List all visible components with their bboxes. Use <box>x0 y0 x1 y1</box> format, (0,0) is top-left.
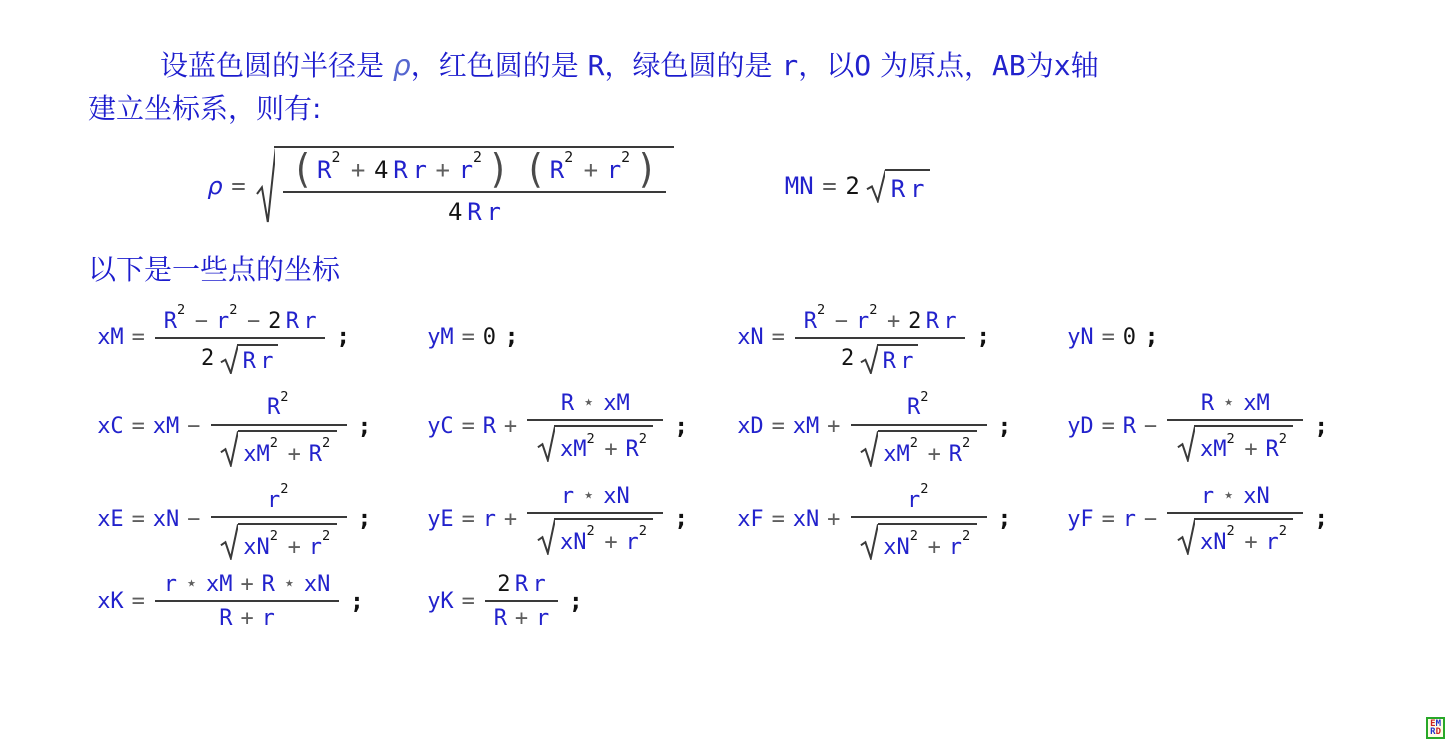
math-operator: + <box>827 507 840 532</box>
xE-equation: xE=xN−r2xN2+r2; <box>95 479 425 560</box>
fraction-bar <box>795 337 966 339</box>
math-operator: ⋆ <box>582 391 595 416</box>
math-sqrt: xN2+r2 <box>537 518 653 555</box>
fraction-bar <box>1167 419 1303 421</box>
math-semicolon: ; <box>357 506 371 532</box>
yN-equation: yN=0; <box>1065 324 1451 350</box>
math-superscript-group: r2 <box>907 488 920 513</box>
fraction-numerator: R2 <box>258 386 299 420</box>
math-operator: + <box>928 535 941 560</box>
fraction-denominator: xN2+r2 <box>1167 518 1303 555</box>
fraction-denominator: xM2+R2 <box>527 425 663 462</box>
math-variable: R <box>243 349 256 374</box>
math-superscript-group: xN2 <box>883 535 910 560</box>
math-variable: R <box>267 395 280 420</box>
math-variable: yC <box>427 414 454 439</box>
text-run: 为 <box>1026 49 1054 82</box>
math-variable: R <box>1201 391 1214 416</box>
sqrt-radicand: (R2+4Rr+r2)(R2+r2)4Rr <box>274 146 674 226</box>
xK-equation: xK=r⋆xM+R⋆xNR+r; <box>95 572 425 631</box>
math-operator: − <box>187 507 200 532</box>
math-variable: yF <box>1067 507 1094 532</box>
math-variable: xM <box>1200 437 1227 462</box>
coordinates-subtitle: 以下是一些点的坐标 <box>88 248 1451 288</box>
fraction-numerator: R2−r2−2Rr <box>155 300 326 334</box>
fraction-bar <box>211 424 347 426</box>
math-superscript-group: R2 <box>1265 437 1278 462</box>
text-run: O <box>854 49 871 82</box>
math-exponent: 2 <box>962 435 970 451</box>
math-operator: = <box>231 172 245 200</box>
row-points-cd: xC=xM−R2xM2+R2; yC=R+R⋆xMxM2+R2; xD=xM+R… <box>95 386 1451 467</box>
math-exponent: 2 <box>322 435 330 451</box>
math-superscript-group: R2 <box>550 156 564 184</box>
math-superscript-group: xN2 <box>1200 530 1227 555</box>
math-operator: + <box>827 414 840 439</box>
math-variable: xN <box>560 530 587 555</box>
math-operator: ⋆ <box>283 572 296 597</box>
fraction-denominator: xN2+r2 <box>211 523 347 560</box>
radical-icon <box>220 523 238 560</box>
math-superscript-group: R2 <box>267 395 280 420</box>
fraction-denominator: xM2+R2 <box>851 430 987 467</box>
math-variable: xC <box>97 414 124 439</box>
math-exponent: 2 <box>587 431 595 447</box>
math-number: 2 <box>841 346 854 371</box>
math-exponent: 2 <box>473 148 482 166</box>
math-variable: R <box>262 572 275 597</box>
math-variable: xN <box>737 325 764 350</box>
fraction-denominator: 2Rr <box>832 344 928 375</box>
math-fraction: r⋆xM+R⋆xNR+r <box>155 572 339 631</box>
math-variable: r <box>262 606 275 631</box>
fraction-bar <box>211 516 347 518</box>
math-exponent: 2 <box>270 435 278 451</box>
math-semicolon: ; <box>976 324 990 350</box>
fraction-denominator: 4Rr <box>438 198 510 226</box>
math-semicolon: ; <box>997 414 1011 440</box>
sqrt-radicand: Rr <box>877 344 918 375</box>
math-superscript-group: r2 <box>625 530 638 555</box>
xC-equation: xC=xM−R2xM2+R2; <box>95 386 425 467</box>
math-operator: = <box>132 414 145 439</box>
math-variable: R <box>907 395 920 420</box>
fraction-denominator: R+r <box>211 606 284 631</box>
math-operator: + <box>288 535 301 560</box>
math-variable: xN <box>1243 484 1270 509</box>
fraction-numerator: R⋆xM <box>552 391 638 416</box>
math-variable: r <box>459 156 473 184</box>
math-variable: xN <box>243 535 270 560</box>
math-superscript-group: r2 <box>607 156 621 184</box>
math-variable: r <box>216 309 229 334</box>
math-variable: yD <box>1067 414 1094 439</box>
math-number: 0 <box>483 325 496 350</box>
math-operator: = <box>1102 414 1115 439</box>
math-variable: xM <box>793 414 820 439</box>
math-number: 4 <box>448 198 462 226</box>
intro-paragraph: 设蓝色圆的半径是 ρ，红色圆的是 R，绿色圆的是 r，以O 为原点，AB为x轴 … <box>88 44 1451 130</box>
math-variable: r <box>1201 484 1214 509</box>
fraction-bar <box>527 512 663 514</box>
math-fraction: r2xN2+r2 <box>211 479 347 560</box>
math-operator: + <box>504 507 517 532</box>
radical-icon <box>1177 425 1195 462</box>
math-variable: ρ <box>207 172 222 200</box>
math-variable: R <box>164 309 177 334</box>
row-point-k: xK=r⋆xM+R⋆xNR+r; yK=2RrR+r; <box>95 572 1451 631</box>
text-run: ，红色圆的是 <box>411 49 588 82</box>
math-variable: R <box>1265 437 1278 462</box>
radical-icon <box>220 344 238 375</box>
math-operator: ⋆ <box>1222 484 1235 509</box>
math-variable: R <box>1123 414 1136 439</box>
fraction-denominator: xM2+R2 <box>211 430 347 467</box>
math-operator: = <box>772 507 785 532</box>
math-variable: R <box>949 442 962 467</box>
yF-equation: yF=r−r⋆xNxN2+r2; <box>1065 484 1451 556</box>
math-superscript-group: R2 <box>625 437 638 462</box>
radical-icon <box>537 425 555 462</box>
radical-icon <box>1177 518 1195 555</box>
math-variable: R <box>393 156 407 184</box>
math-fraction: R⋆xMxM2+R2 <box>527 391 663 463</box>
text-run: R <box>588 49 605 82</box>
math-variable: yE <box>427 507 454 532</box>
math-variable: xN <box>883 535 910 560</box>
math-variable: xD <box>737 414 764 439</box>
text-run: ，以 <box>798 49 854 82</box>
math-semicolon: ; <box>336 324 350 350</box>
math-variable: r <box>910 175 924 203</box>
math-semicolon: ; <box>1145 324 1159 350</box>
sqrt-radicand: Rr <box>885 169 930 203</box>
math-variable: R <box>286 309 299 334</box>
math-superscript-group: R2 <box>317 156 331 184</box>
close-paren: ) <box>488 150 510 190</box>
math-sqrt: (R2+4Rr+r2)(R2+r2)4Rr <box>256 146 674 226</box>
math-variable: R <box>483 414 496 439</box>
logo-letter: D <box>1436 727 1441 737</box>
math-semicolon: ; <box>674 506 688 532</box>
math-superscript-group: R2 <box>309 442 322 467</box>
fraction-denominator: xM2+R2 <box>1167 425 1303 462</box>
math-operator: = <box>462 325 475 350</box>
math-fraction: (R2+4Rr+r2)(R2+r2)4Rr <box>283 152 666 226</box>
math-operator: + <box>584 156 598 184</box>
math-variable: r <box>412 156 426 184</box>
math-variable: yM <box>427 325 454 350</box>
math-operator: ⋆ <box>1222 391 1235 416</box>
text-run: r <box>781 49 798 82</box>
math-operator: + <box>1244 530 1257 555</box>
math-fraction: r⋆xNxN2+r2 <box>1167 484 1303 556</box>
math-exponent: 2 <box>1279 431 1287 447</box>
math-variable: R <box>317 156 331 184</box>
fraction-numerator: R2−r2+2Rr <box>795 300 966 334</box>
radical-icon <box>860 344 878 375</box>
radical-icon <box>220 430 238 467</box>
math-superscript-group: r2 <box>309 535 322 560</box>
math-operator: + <box>240 606 253 631</box>
math-variable: R <box>515 572 528 597</box>
math-operator: + <box>351 156 365 184</box>
math-variable: r <box>949 535 962 560</box>
math-variable: xM <box>883 442 910 467</box>
math-operator: = <box>462 507 475 532</box>
math-number: 0 <box>1123 325 1136 350</box>
text-run: 为原点， <box>871 49 992 82</box>
notebook-page: 设蓝色圆的半径是 ρ，红色圆的是 R，绿色圆的是 r，以O 为原点，AB为x轴 … <box>0 0 1451 745</box>
math-variable: R <box>926 309 939 334</box>
radical-icon <box>256 146 276 226</box>
math-exponent: 2 <box>639 523 647 539</box>
math-variable: MN <box>785 172 814 200</box>
math-exponent: 2 <box>910 528 918 544</box>
fraction-bar <box>851 516 987 518</box>
math-exponent: 2 <box>270 528 278 544</box>
math-semicolon: ; <box>1314 506 1328 532</box>
math-variable: r <box>561 484 574 509</box>
fraction-bar <box>155 600 339 602</box>
math-fraction: R2xM2+R2 <box>211 386 347 467</box>
radical-icon <box>537 518 555 555</box>
math-operator: + <box>515 606 528 631</box>
fraction-bar <box>527 419 663 421</box>
math-fraction: r2xN2+r2 <box>851 479 987 560</box>
math-variable: R <box>467 198 481 226</box>
math-exponent: 2 <box>177 302 185 318</box>
math-exponent: 2 <box>587 523 595 539</box>
math-superscript-group: R2 <box>907 395 920 420</box>
math-fraction: r⋆xNxN2+r2 <box>527 484 663 556</box>
math-variable: xM <box>206 572 233 597</box>
math-variable: r <box>486 198 500 226</box>
text-run: ρ <box>393 49 411 82</box>
math-number: 2 <box>268 309 281 334</box>
math-superscript-group: xM2 <box>560 437 587 462</box>
text-run: 轴 <box>1071 49 1099 82</box>
math-variable: R <box>219 606 232 631</box>
math-fraction: R2−r2+2Rr2Rr <box>795 300 966 374</box>
math-variable: xF <box>737 507 764 532</box>
math-variable: xM <box>243 442 270 467</box>
math-fraction: R⋆xMxM2+R2 <box>1167 391 1303 463</box>
math-operator: − <box>195 309 208 334</box>
math-superscript-group: r2 <box>1265 530 1278 555</box>
math-operator: = <box>462 414 475 439</box>
math-variable: xM <box>153 414 180 439</box>
logo-row: RD <box>1430 728 1441 736</box>
math-variable: r <box>164 572 177 597</box>
math-exponent: 2 <box>1227 431 1235 447</box>
math-operator: = <box>132 589 145 614</box>
math-sqrt: xN2+r2 <box>220 523 336 560</box>
math-operator: − <box>187 414 200 439</box>
open-paren: ( <box>524 150 546 190</box>
math-operator: = <box>132 507 145 532</box>
math-variable: r <box>900 349 913 374</box>
radical-icon <box>860 430 878 467</box>
math-exponent: 2 <box>280 389 288 405</box>
math-operator: + <box>604 437 617 462</box>
paren-content: R2+4Rr+r2 <box>315 156 487 184</box>
math-operator: = <box>772 325 785 350</box>
math-sqrt: xM2+R2 <box>860 430 976 467</box>
sqrt-radicand: xN2+r2 <box>238 523 337 560</box>
math-variable: yK <box>427 589 454 614</box>
math-semicolon: ; <box>1314 414 1328 440</box>
math-operator: = <box>132 325 145 350</box>
yE-equation: yE=r+r⋆xNxN2+r2; <box>425 484 735 556</box>
math-variable: r <box>943 309 956 334</box>
math-variable: R <box>625 437 638 462</box>
row-points-mn: xM=R2−r2−2Rr2Rr; yM=0; xN=R2−r2+2Rr2Rr; … <box>95 300 1451 374</box>
math-semicolon: ; <box>357 414 371 440</box>
math-exponent: 2 <box>331 148 340 166</box>
math-variable: R <box>309 442 322 467</box>
math-variable: yN <box>1067 325 1094 350</box>
math-variable: r <box>303 309 316 334</box>
math-superscript-group: r2 <box>856 309 869 334</box>
math-operator: = <box>822 172 836 200</box>
row-points-ef: xE=xN−r2xN2+r2; yE=r+r⋆xNxN2+r2; xF=xN+r… <box>95 479 1451 560</box>
text-run: x <box>1054 49 1071 82</box>
math-semicolon: ; <box>505 324 519 350</box>
math-superscript-group: r2 <box>216 309 229 334</box>
fraction-bar <box>851 424 987 426</box>
math-operator: = <box>1102 325 1115 350</box>
math-operator: + <box>288 442 301 467</box>
math-variable: r <box>267 488 280 513</box>
sqrt-radicand: Rr <box>237 344 278 375</box>
math-number: 2 <box>201 346 214 371</box>
math-fraction: 2RrR+r <box>485 572 558 631</box>
math-number: 2 <box>908 309 921 334</box>
math-variable: xM <box>97 325 124 350</box>
main-formula-row: ρ=(R2+4Rr+r2)(R2+r2)4Rr MN=2Rr <box>205 146 1451 226</box>
fraction-numerator: r2 <box>258 479 299 513</box>
math-number: 2 <box>497 572 510 597</box>
math-sqrt: xM2+R2 <box>220 430 336 467</box>
math-variable: xN <box>153 507 180 532</box>
math-variable: R <box>804 309 817 334</box>
math-fraction: R2xM2+R2 <box>851 386 987 467</box>
math-superscript-group: R2 <box>804 309 817 334</box>
math-variable: r <box>856 309 869 334</box>
math-operator: ⋆ <box>185 572 198 597</box>
fraction-numerator: (R2+4Rr+r2)(R2+r2) <box>283 152 666 188</box>
math-paren-group: (R2+r2) <box>523 152 659 188</box>
math-fraction: R2−r2−2Rr2Rr <box>155 300 326 374</box>
radical-icon <box>866 169 886 203</box>
math-variable: R <box>494 606 507 631</box>
math-variable: R <box>561 391 574 416</box>
math-variable: r <box>625 530 638 555</box>
math-variable: r <box>1265 530 1278 555</box>
fraction-denominator: R+r <box>485 606 558 631</box>
math-variable: xM <box>560 437 587 462</box>
text-run: AB <box>992 49 1026 82</box>
sqrt-radicand: xM2+R2 <box>238 430 337 467</box>
math-exponent: 2 <box>639 431 647 447</box>
math-variable: xN <box>603 484 630 509</box>
math-variable: r <box>483 507 496 532</box>
math-paren-group: (R2+4Rr+r2) <box>290 152 511 188</box>
math-superscript-group: r2 <box>949 535 962 560</box>
fraction-bar <box>283 191 666 193</box>
math-superscript-group: xN2 <box>243 535 270 560</box>
math-variable: xK <box>97 589 124 614</box>
math-exponent: 2 <box>910 435 918 451</box>
radical-icon <box>860 523 878 560</box>
math-variable: r <box>1123 507 1136 532</box>
math-exponent: 2 <box>817 302 825 318</box>
math-exponent: 2 <box>1279 523 1287 539</box>
fraction-numerator: r⋆xN <box>552 484 638 509</box>
fraction-numerator: r2 <box>898 479 939 513</box>
fraction-bar <box>485 600 558 602</box>
math-exponent: 2 <box>920 481 928 497</box>
yK-equation: yK=2RrR+r; <box>425 572 735 631</box>
yC-equation: yC=R+R⋆xMxM2+R2; <box>425 391 735 463</box>
math-variable: R <box>550 156 564 184</box>
math-operator: = <box>772 414 785 439</box>
fraction-bar <box>1167 512 1303 514</box>
sqrt-radicand: xM2+R2 <box>554 425 653 462</box>
math-operator: + <box>887 309 900 334</box>
math-variable: r <box>260 349 273 374</box>
sqrt-radicand: xN2+r2 <box>554 518 653 555</box>
yM-equation: yM=0; <box>425 324 735 350</box>
math-sqrt: xM2+R2 <box>537 425 653 462</box>
sqrt-radicand: xN2+r2 <box>878 523 977 560</box>
intro-line-1: 设蓝色圆的半径是 ρ，红色圆的是 R，绿色圆的是 r，以O 为原点，AB为x轴 <box>88 44 1451 87</box>
math-variable: xM <box>1243 391 1270 416</box>
math-operator: − <box>835 309 848 334</box>
sqrt-radicand: xM2+R2 <box>1194 425 1293 462</box>
math-operator: = <box>462 589 475 614</box>
math-sqrt: xN2+r2 <box>1177 518 1293 555</box>
math-variable: R <box>891 175 905 203</box>
math-sqrt: Rr <box>220 344 279 375</box>
math-exponent: 2 <box>564 148 573 166</box>
math-semicolon: ; <box>350 589 364 615</box>
yD-equation: yD=R−R⋆xMxM2+R2; <box>1065 391 1451 463</box>
open-paren: ( <box>292 150 314 190</box>
math-variable: xE <box>97 507 124 532</box>
fraction-numerator: r⋆xN <box>1192 484 1278 509</box>
math-exponent: 2 <box>322 528 330 544</box>
math-semicolon: ; <box>569 589 583 615</box>
math-exponent: 2 <box>920 389 928 405</box>
fraction-denominator: xN2+r2 <box>851 523 987 560</box>
math-sqrt: xN2+r2 <box>860 523 976 560</box>
math-operator: − <box>1144 414 1157 439</box>
xN-equation: xN=R2−r2+2Rr2Rr; <box>735 300 1065 374</box>
math-variable: r <box>309 535 322 560</box>
rho-equation: ρ=(R2+4Rr+r2)(R2+r2)4Rr <box>205 146 677 226</box>
math-sqrt: Rr <box>860 344 919 375</box>
math-superscript-group: R2 <box>164 309 177 334</box>
math-exponent: 2 <box>229 302 237 318</box>
math-superscript-group: xM2 <box>883 442 910 467</box>
xF-equation: xF=xN+r2xN2+r2; <box>735 479 1065 560</box>
math-variable: xN <box>793 507 820 532</box>
math-variable: xN <box>1200 530 1227 555</box>
fraction-numerator: r⋆xM+R⋆xN <box>155 572 339 597</box>
em-rd-watermark-logo: EMRD <box>1426 717 1445 739</box>
